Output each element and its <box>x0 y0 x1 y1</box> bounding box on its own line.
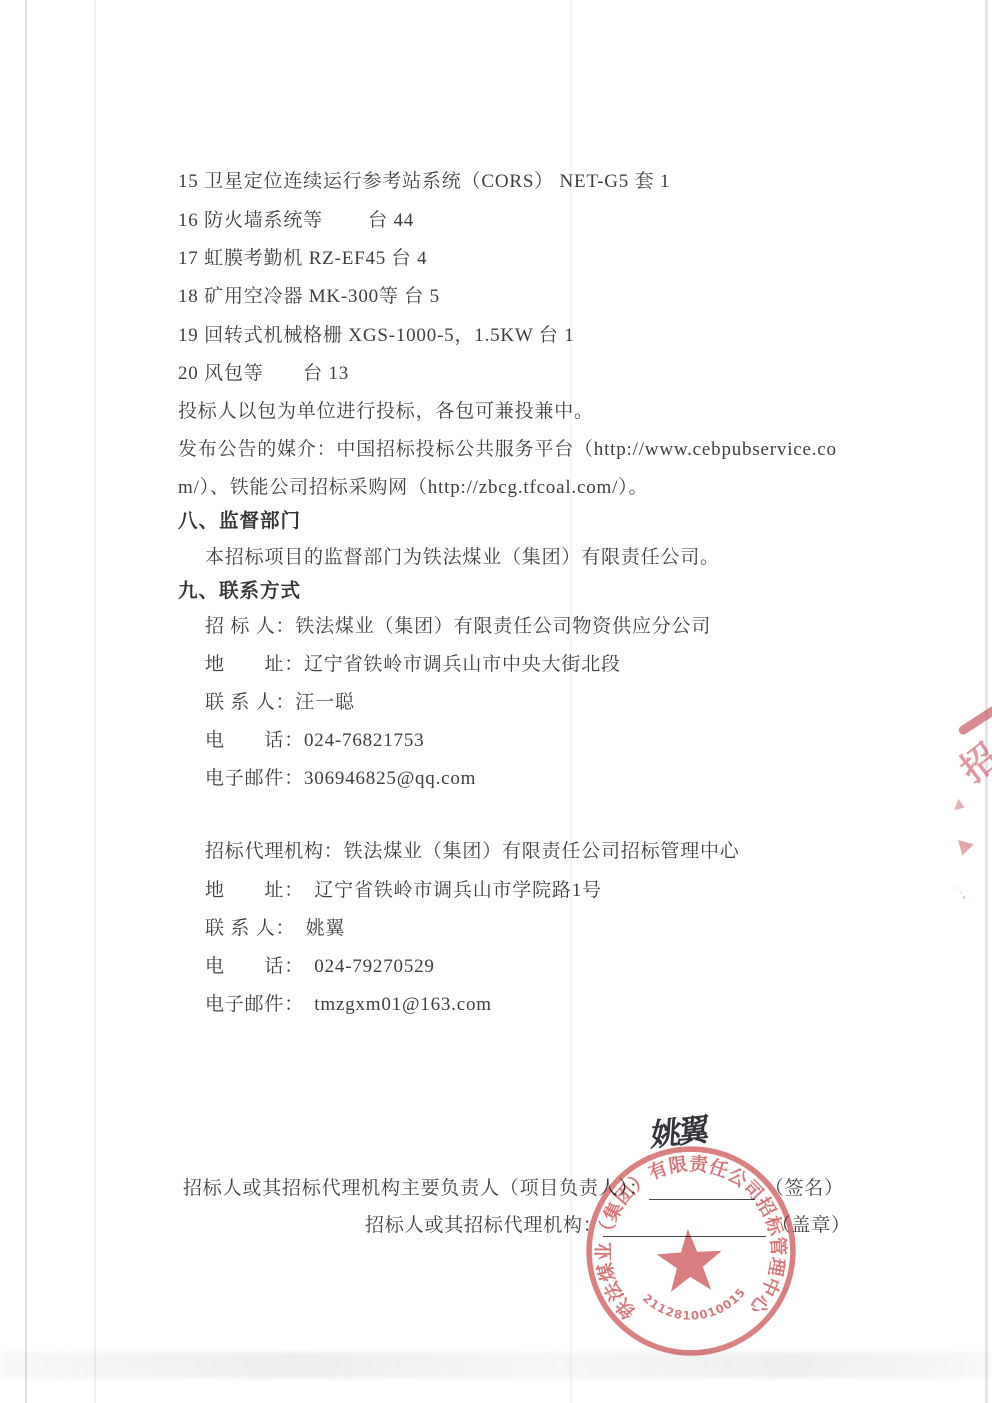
item-line-20: 20 风包等 台 13 <box>178 358 349 385</box>
stamp-star-icon <box>655 1227 723 1292</box>
tenderer-address-line: 地 址：辽宁省铁岭市调兵山市中央大街北段 <box>205 649 621 676</box>
tenderer-contact-line: 联 系 人：汪一聪 <box>205 687 355 714</box>
org-seal-field[interactable] <box>603 1236 766 1237</box>
scan-shadow-band <box>0 1352 992 1378</box>
principal-signature-field[interactable]: 姚翼 <box>649 1133 755 1200</box>
org-seal-suffix: （盖章） <box>772 1210 851 1237</box>
principal-signature-label: 招标人或其招标代理机构主要负责人（项目负责人）： <box>183 1173 649 1200</box>
edge-stamp-mark <box>954 799 967 813</box>
principal-signature-suffix: （签名） <box>765 1173 844 1200</box>
item-line-18: 18 矿用空冷器 MK-300等 台 5 <box>178 281 440 308</box>
item-line-19: 19 回转式机械格栅 XGS-1000-5，1.5KW 台 1 <box>178 320 575 347</box>
edge-stamp-faded-digits: ··• <box>951 884 971 905</box>
item-line-15: 15 卫星定位连续运行参考站系统（CORS） NET-G5 套 1 <box>178 166 670 193</box>
agency-name-line: 招标代理机构：铁法煤业（集团）有限责任公司招标管理中心 <box>205 836 740 863</box>
scan-artifact-line <box>985 0 988 1403</box>
media-paragraph-line1: 发布公告的媒介：中国招标投标公共服务平台（http://www.cebpubse… <box>178 434 837 461</box>
bid-note-paragraph: 投标人以包为单位进行投标，各包可兼投兼中。 <box>178 396 594 423</box>
tenderer-phone-line: 电 话：024-76821753 <box>205 725 424 752</box>
scanned-tender-document-page: 15 卫星定位连续运行参考站系统（CORS） NET-G5 套 1 16 防火墙… <box>0 0 992 1403</box>
agency-contact-line: 联 系 人： 姚翼 <box>205 913 345 940</box>
handwritten-signature: 姚翼 <box>649 1104 708 1155</box>
principal-signature-row: 招标人或其招标代理机构主要负责人（项目负责人）： 姚翼 （签名） <box>183 1133 844 1200</box>
scan-artifact-line <box>25 0 27 1403</box>
tenderer-name-line: 招 标 人：铁法煤业（集团）有限责任公司物资供应分公司 <box>205 611 711 638</box>
org-seal-label: 招标人或其招标代理机构： <box>365 1210 603 1237</box>
media-paragraph-line2: m/）、铁能公司招标采购网（http://zbcg.tfcoal.com/）。 <box>178 472 648 499</box>
agency-address-line: 地 址： 辽宁省铁岭市调兵山市学院路1号 <box>205 875 602 902</box>
scan-artifact-line <box>94 0 96 1403</box>
edge-stamp-character: 招 <box>948 730 992 792</box>
section9-heading: 九、联系方式 <box>178 575 301 603</box>
section8-body: 本招标项目的监督部门为铁法煤业（集团）有限责任公司。 <box>205 542 720 569</box>
agency-email-line: 电子邮件： tmzgxm01@163.com <box>205 989 492 1016</box>
item-line-16: 16 防火墙系统等 台 44 <box>178 205 414 232</box>
org-seal-row: 招标人或其招标代理机构： （盖章） <box>365 1210 851 1237</box>
item-line-17: 17 虹膜考勤机 RZ-EF45 台 4 <box>178 243 427 270</box>
agency-phone-line: 电 话： 024-79270529 <box>205 951 435 978</box>
edge-stamp-mark <box>958 836 976 855</box>
tenderer-email-line: 电子邮件：306946825@qq.com <box>205 763 476 790</box>
edge-stamp-arc-fragment <box>957 705 992 737</box>
section8-heading: 八、监督部门 <box>178 505 301 533</box>
